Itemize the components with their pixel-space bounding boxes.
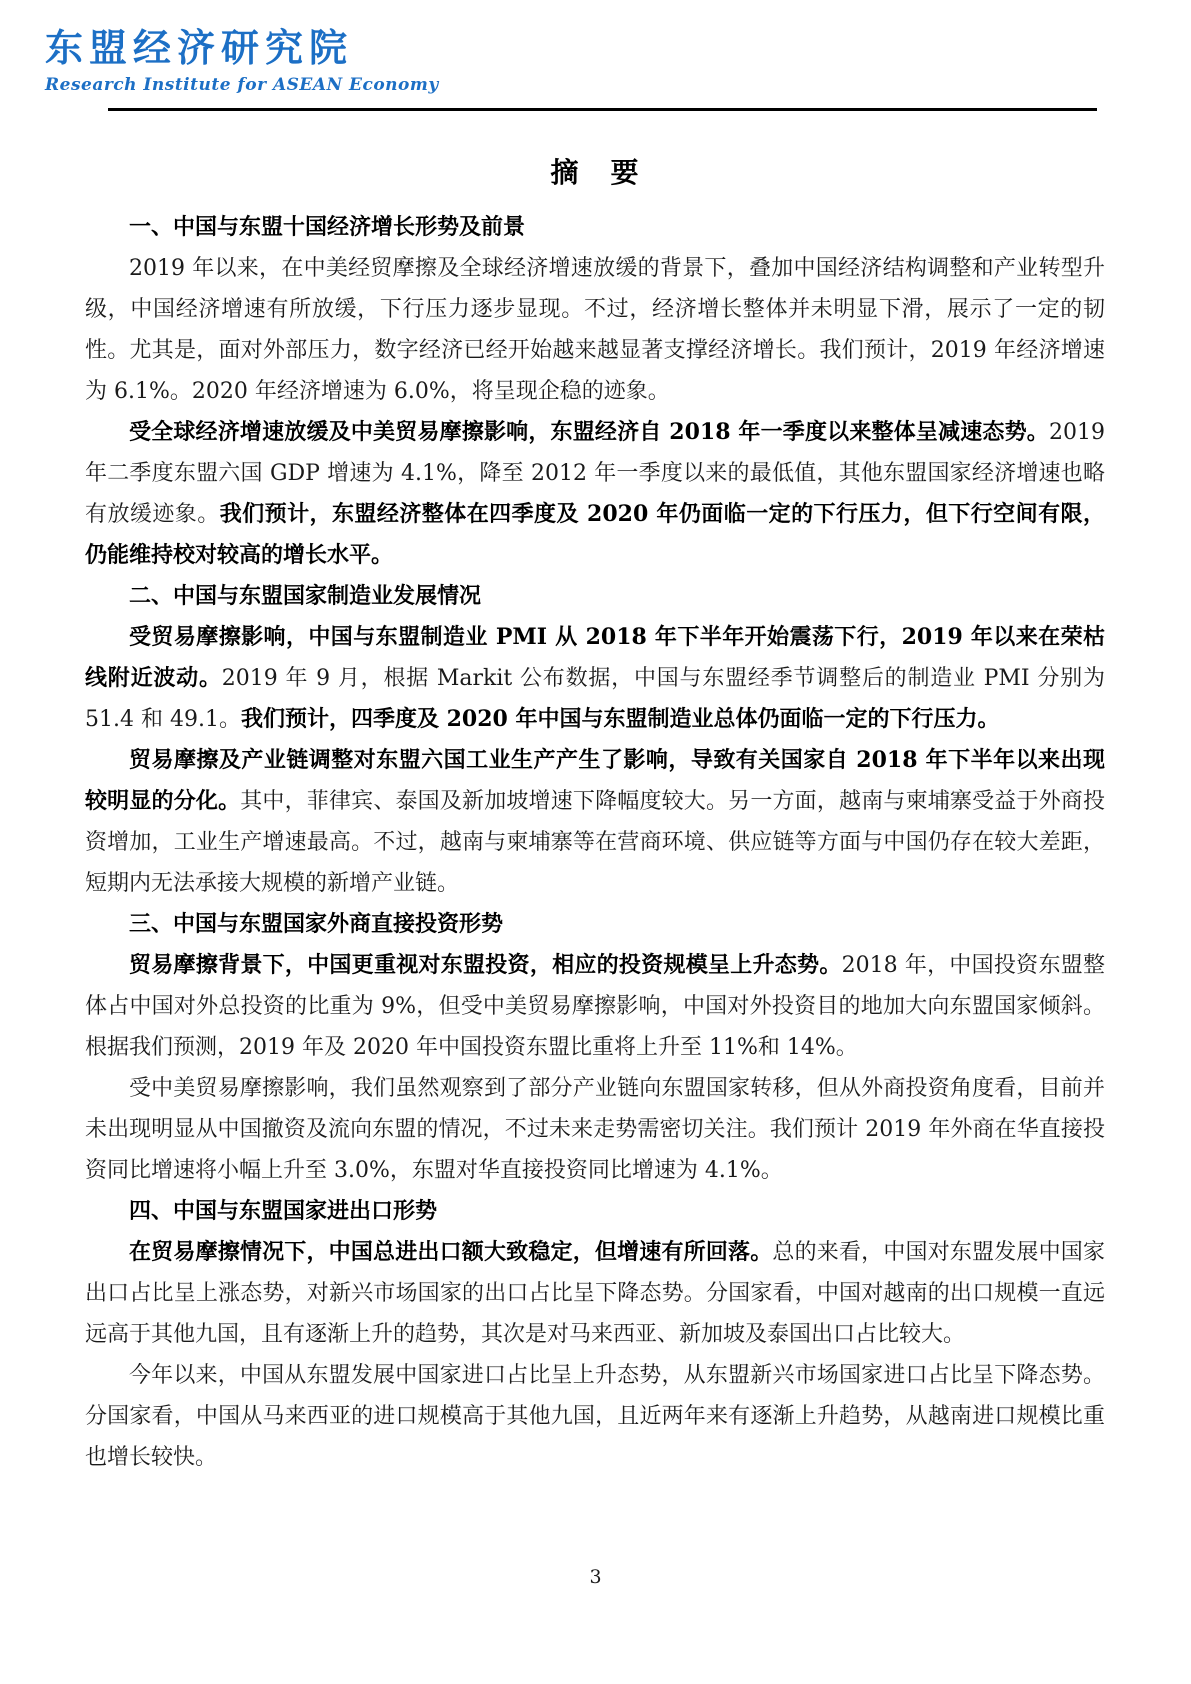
text-run-bold: 受全球经济增速放缓及中美贸易摩擦影响，东盟经济自 2018 年一季度以来整体呈减…: [129, 419, 1049, 445]
text-run-bold: 我们预计，东盟经济整体在四季度及 2020 年仍面临一定的下行压力，但下行空间有…: [85, 501, 1105, 568]
text-run-bold: 我们预计，四季度及 2020 年中国与东盟制造业总体仍面临一定的下行压力。: [241, 706, 1000, 732]
text-run: 2019 年以来，在中美经贸摩擦及全球经济增速放缓的背景下，叠加中国经济结构调整…: [85, 256, 1105, 404]
paragraph: 贸易摩擦背景下，中国更重视对东盟投资，相应的投资规模呈上升态势。2018 年，中…: [85, 945, 1105, 1068]
letterhead: 东盟经济研究院 Research Institute for ASEAN Eco…: [0, 0, 1191, 111]
section-heading: 四、中国与东盟国家进出口形势: [85, 1191, 1105, 1232]
section-heading: 二、中国与东盟国家制造业发展情况: [85, 576, 1105, 617]
paragraph: 今年以来，中国从东盟发展中国家进口占比呈上升态势，从东盟新兴市场国家进口占比呈下…: [85, 1355, 1105, 1478]
text-run-bold: 在贸易摩擦情况下，中国总进出口额大致稳定，但增速有所回落。: [129, 1239, 772, 1265]
page-number: 3: [0, 1566, 1191, 1588]
section-heading: 三、中国与东盟国家外商直接投资形势: [85, 904, 1105, 945]
text-run-bold: 贸易摩擦背景下，中国更重视对东盟投资，相应的投资规模呈上升态势。: [129, 952, 842, 978]
paragraph: 受中美贸易摩擦影响，我们虽然观察到了部分产业链向东盟国家转移，但从外商投资角度看…: [85, 1068, 1105, 1191]
section-heading: 一、中国与东盟十国经济增长形势及前景: [85, 207, 1105, 248]
paragraph: 在贸易摩擦情况下，中国总进出口额大致稳定，但增速有所回落。总的来看，中国对东盟发…: [85, 1232, 1105, 1355]
institute-logo-cn: 东盟经济研究院: [45, 26, 1105, 70]
paragraph: 受全球经济增速放缓及中美贸易摩擦影响，东盟经济自 2018 年一季度以来整体呈减…: [85, 412, 1105, 576]
paragraph: 2019 年以来，在中美经贸摩擦及全球经济增速放缓的背景下，叠加中国经济结构调整…: [85, 248, 1105, 412]
report-page: 东盟经济研究院 Research Institute for ASEAN Eco…: [0, 0, 1191, 1684]
header-divider: [108, 108, 1097, 111]
paragraph: 贸易摩擦及产业链调整对东盟六国工业生产产生了影响，导致有关国家自 2018 年下…: [85, 740, 1105, 904]
text-run: 今年以来，中国从东盟发展中国家进口占比呈上升态势，从东盟新兴市场国家进口占比呈下…: [85, 1363, 1105, 1470]
text-run: 受中美贸易摩擦影响，我们虽然观察到了部分产业链向东盟国家转移，但从外商投资角度看…: [85, 1076, 1105, 1183]
institute-logo-en: Research Institute for ASEAN Economy: [45, 75, 1105, 95]
paragraph: 受贸易摩擦影响，中国与东盟制造业 PMI 从 2018 年下半年开始震荡下行，2…: [85, 617, 1105, 740]
page-title: 摘 要: [0, 151, 1191, 191]
document-body: 一、中国与东盟十国经济增长形势及前景2019 年以来，在中美经贸摩擦及全球经济增…: [85, 207, 1105, 1478]
